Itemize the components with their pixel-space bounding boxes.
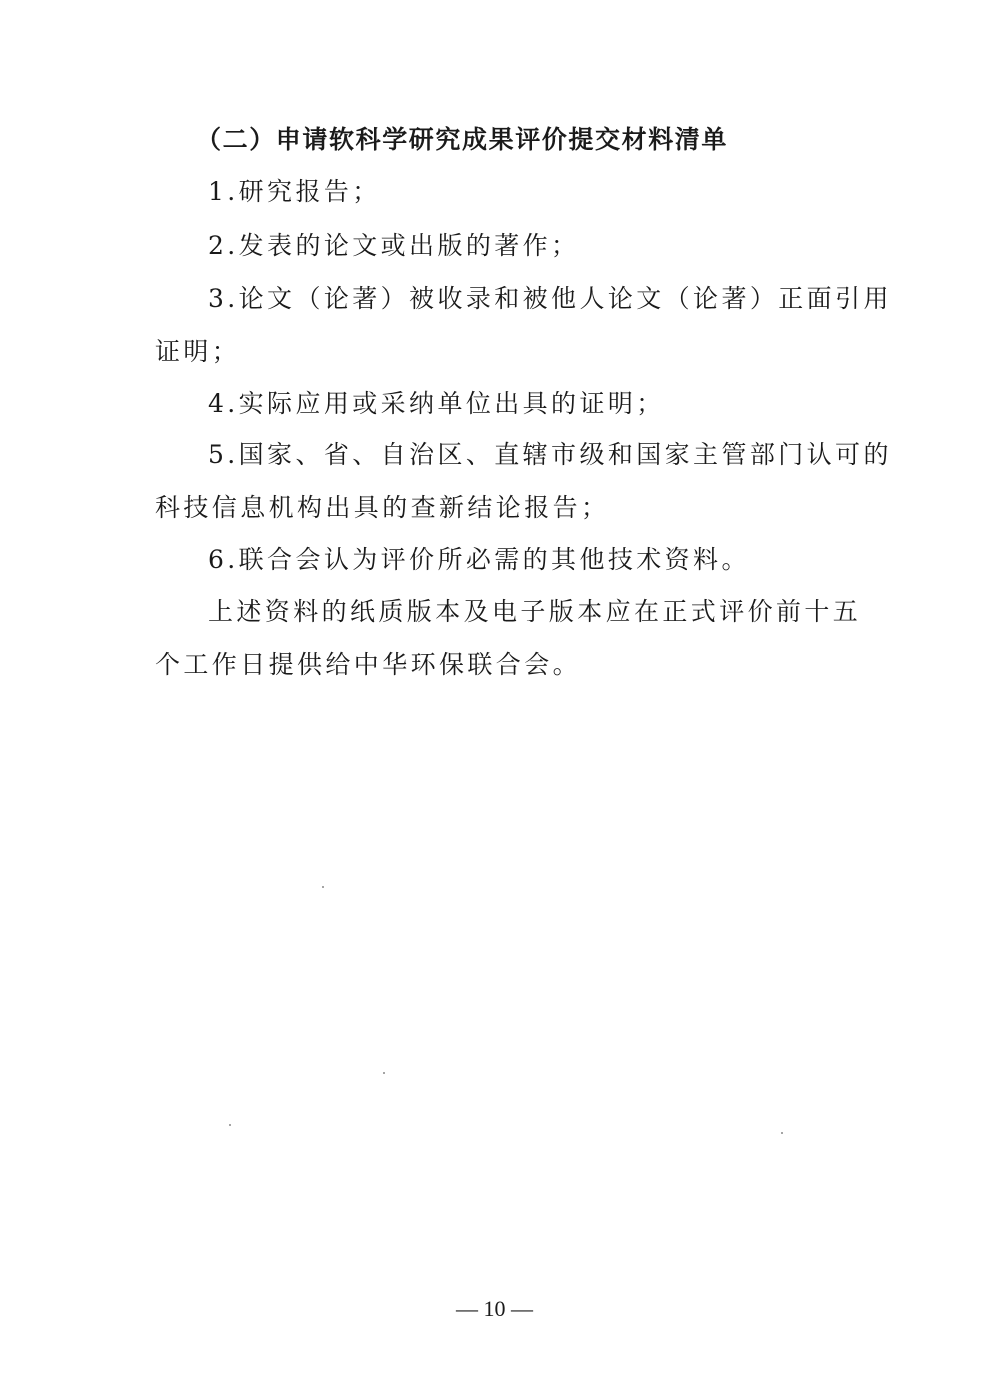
- scan-speck: [781, 1132, 783, 1134]
- scan-speck: [229, 1124, 231, 1126]
- page-number: — 10 —: [0, 1296, 989, 1322]
- section-heading: （二）申请软科学研究成果评价提交材料清单: [196, 125, 728, 155]
- list-item-3-continued: 证明；: [155, 337, 240, 367]
- document-page: （二）申请软科学研究成果评价提交材料清单 1.研究报告； 2.发表的论文或出版的…: [0, 0, 989, 1394]
- closing-paragraph-line2: 个工作日提供给中华环保联合会。: [155, 650, 581, 680]
- list-item-6: 6.联合会认为评价所必需的其他技术资料。: [208, 545, 750, 575]
- list-item-5: 5.国家、省、自治区、直辖市级和国家主管部门认可的: [208, 440, 892, 470]
- scan-speck: [322, 886, 324, 888]
- list-item-2: 2.发表的论文或出版的著作；: [208, 231, 579, 261]
- list-item-3: 3.论文（论著）被收录和被他人论文（论著）正面引用: [208, 284, 892, 314]
- scan-speck: [383, 1072, 385, 1074]
- closing-paragraph-line1: 上述资料的纸质版本及电子版本应在正式评价前十五: [208, 597, 861, 627]
- list-item-5-continued: 科技信息机构出具的查新结论报告；: [155, 493, 609, 523]
- list-item-4: 4.实际应用或采纳单位出具的证明；: [208, 389, 665, 419]
- list-item-1: 1.研究报告；: [208, 177, 381, 207]
